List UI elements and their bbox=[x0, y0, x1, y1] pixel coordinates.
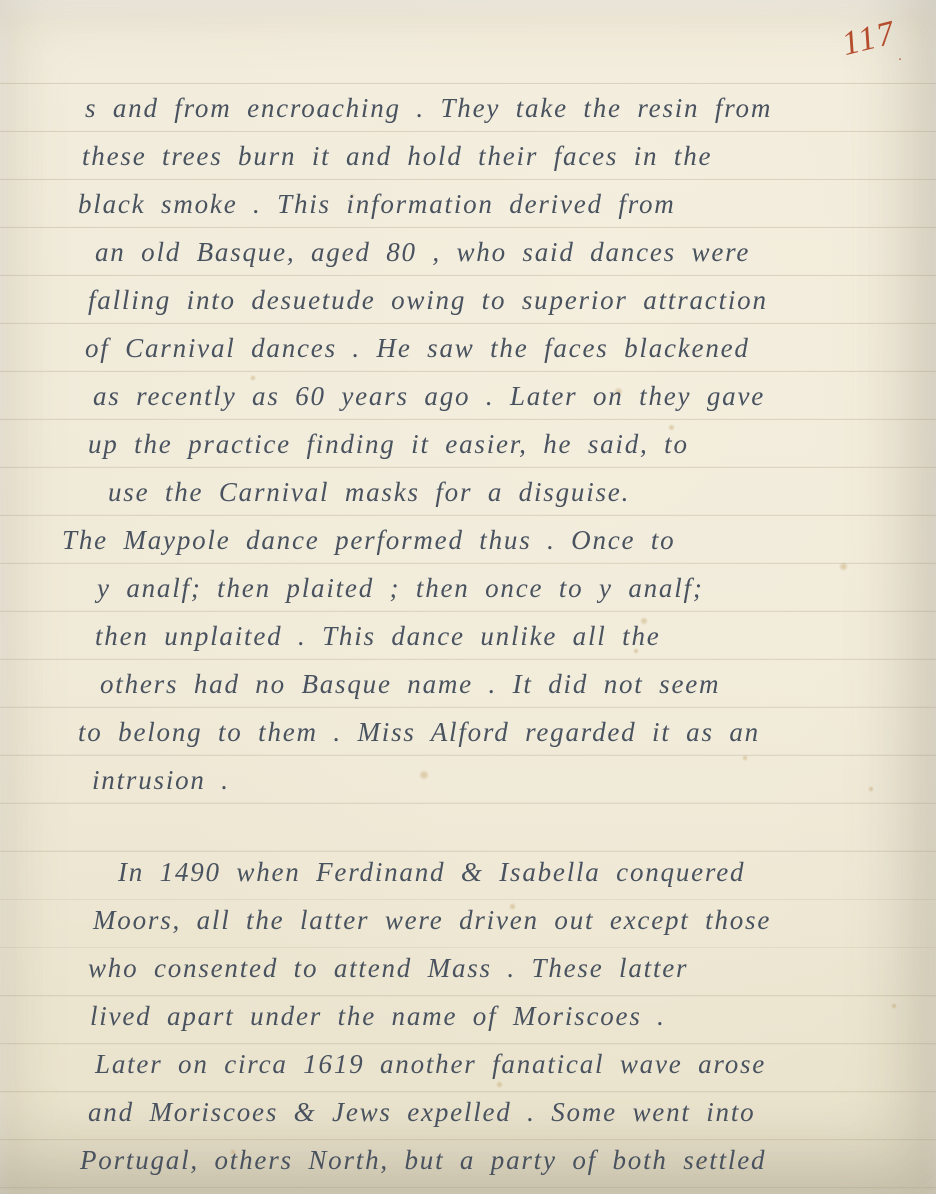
paragraph-1: s and from encroaching . They take the r… bbox=[0, 84, 936, 804]
manuscript-line: lived apart under the name of Moriscoes … bbox=[0, 992, 936, 1040]
manuscript-line: black smoke . This information derived f… bbox=[0, 180, 936, 228]
manuscript-line: s and from encroaching . They take the r… bbox=[0, 84, 936, 132]
paragraph-2: In 1490 when Ferdinand & Isabella conque… bbox=[0, 848, 936, 1184]
manuscript-line: Later on circa 1619 another fanatical wa… bbox=[0, 1040, 936, 1088]
manuscript-line: Moors, all the latter were driven out ex… bbox=[0, 896, 936, 944]
manuscript-line: these trees burn it and hold their faces… bbox=[0, 132, 936, 180]
manuscript-line: The Maypole dance performed thus . Once … bbox=[0, 516, 936, 564]
manuscript-line: who consented to attend Mass . These lat… bbox=[0, 944, 936, 992]
page-number-mark: · bbox=[898, 52, 902, 69]
manuscript-line: an old Basque, aged 80 , who said dances… bbox=[0, 228, 936, 276]
manuscript-line: as recently as 60 years ago . Later on t… bbox=[0, 372, 936, 420]
page-number: 117 bbox=[838, 14, 900, 64]
manuscript-line: y analf; then plaited ; then once to y a… bbox=[0, 564, 936, 612]
manuscript-line: others had no Basque name . It did not s… bbox=[0, 660, 936, 708]
manuscript-line: and Moriscoes & Jews expelled . Some wen… bbox=[0, 1088, 936, 1136]
manuscript-line: falling into desuetude owing to superior… bbox=[0, 276, 936, 324]
manuscript-line: use the Carnival masks for a disguise. bbox=[0, 468, 936, 516]
manuscript-line: Portugal, others North, but a party of b… bbox=[0, 1136, 936, 1184]
manuscript-line: intrusion . bbox=[0, 756, 936, 804]
notebook-page: 117 · s and from encroaching . They take… bbox=[0, 0, 936, 1194]
manuscript-line: then unplaited . This dance unlike all t… bbox=[0, 612, 936, 660]
manuscript-line: of Carnival dances . He saw the faces bl… bbox=[0, 324, 936, 372]
manuscript-text: s and from encroaching . They take the r… bbox=[0, 84, 936, 1184]
manuscript-line: In 1490 when Ferdinand & Isabella conque… bbox=[0, 848, 936, 896]
manuscript-line: up the practice finding it easier, he sa… bbox=[0, 420, 936, 468]
manuscript-line: to belong to them . Miss Alford regarded… bbox=[0, 708, 936, 756]
